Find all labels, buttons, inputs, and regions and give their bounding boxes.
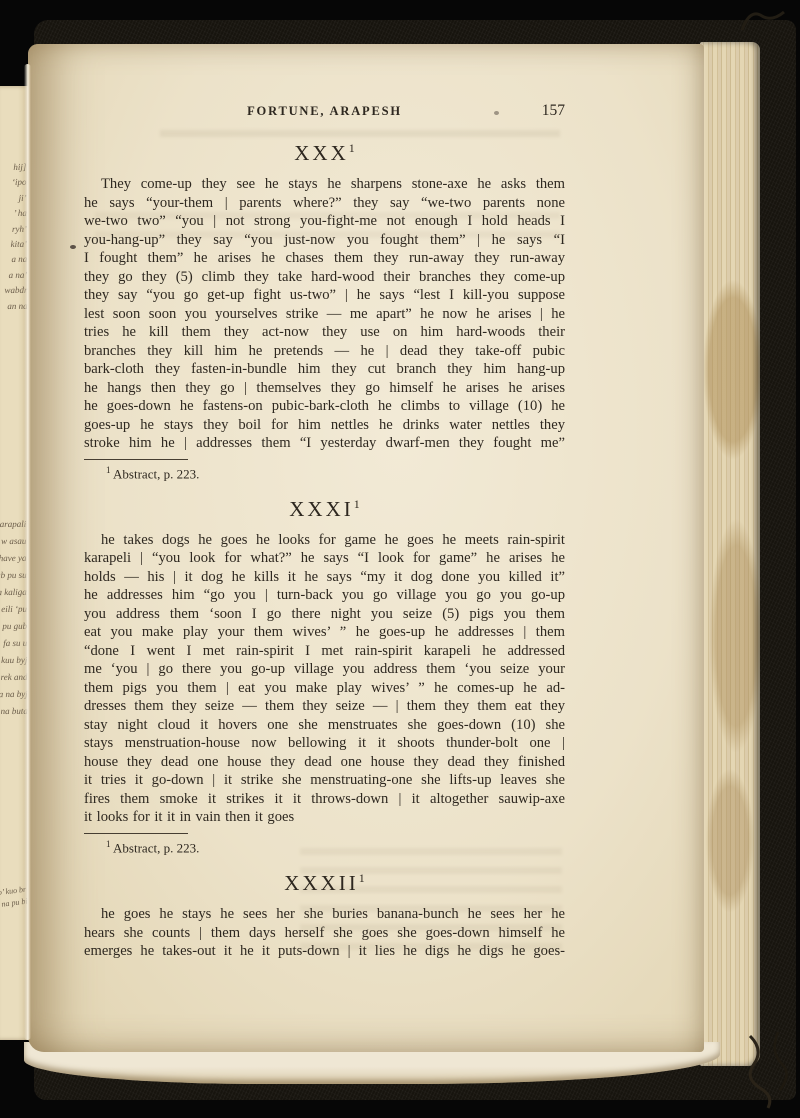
edge-text-fragment: have ya: [0, 550, 27, 567]
edge-text-fragment: ji’: [0, 191, 27, 207]
body-line: he takes dogs he goes he looks for game …: [84, 531, 565, 550]
body-line: you address them ‘soon I go there night …: [84, 605, 565, 624]
edge-text-fragment: eili ‘pu: [0, 601, 27, 618]
edge-text-fragment: karapali: [0, 516, 26, 533]
body-line: I fought them” he arises he chases them …: [84, 249, 565, 268]
body-line: stays menstruation-house now bellowing i…: [84, 734, 565, 753]
body-line: we-two two” “you | not strong you-fight-…: [84, 212, 565, 231]
body-line: he goes he stays he sees her she buries …: [84, 905, 565, 924]
body-line: emerges he takes-out it he it puts-down …: [84, 942, 565, 961]
body-line: he goes-down he fastens-on pubic-bark-cl…: [84, 397, 565, 416]
page-speck: [70, 245, 76, 249]
fore-edge-page-stack: [700, 42, 760, 1066]
binding-threads-bottom-right: [730, 1030, 800, 1110]
edge-text-fragment: a kaliga: [0, 584, 27, 601]
body-line: he says “your-them | parents where?” the…: [84, 194, 565, 213]
footnote-rule: [84, 459, 188, 460]
edge-text-fragment: ab pu su: [0, 567, 27, 584]
edge-text-fragment: w asau: [0, 533, 26, 550]
body-line: lest soon soon you yourselves strike — m…: [84, 305, 565, 324]
body-line: them pigs you them | eat you make play w…: [84, 679, 565, 698]
section-paragraph: They come-up they see he stays he sharpe…: [84, 175, 565, 453]
body-line: they say “you go get-up fight us-two” | …: [84, 286, 565, 305]
page-number: 157: [542, 102, 565, 120]
running-header: FORTUNE, ARAPESH: [84, 104, 565, 119]
edge-text-fragment: ’ ha: [0, 206, 27, 222]
text-column: FORTUNE, ARAPESH 157 XXX1They come-up th…: [84, 104, 565, 961]
body-line: me ‘you | go there you go-up village you…: [84, 660, 565, 679]
body-line: holds — his | it dog he kills it he says…: [84, 568, 565, 587]
body-line: it tries it go-down | it strike she mens…: [84, 771, 565, 790]
section-heading: XXXII1: [84, 871, 565, 896]
edge-text-fragment: hij]: [0, 160, 26, 176]
body-line: you-hang-up” they say “you just-now you …: [84, 231, 565, 250]
body-line: stroke him he | addresses them “I yester…: [84, 434, 565, 453]
cover-fray-top-right: [732, 0, 792, 46]
body-line: they go they (5) climb they take hard-wo…: [84, 268, 565, 287]
body-line: house they dead one house they dead one …: [84, 753, 565, 772]
body-line: he hangs then they go | themselves they …: [84, 379, 565, 398]
section-heading: XXXI1: [84, 497, 565, 522]
section-paragraph: he takes dogs he goes he looks for game …: [84, 531, 565, 827]
body-line: dresses them they seize — them they seiz…: [84, 697, 565, 716]
footnote: 1 Abstract, p. 223.: [84, 465, 565, 482]
body-line: hears she counts | them days herself she…: [84, 924, 565, 943]
body-line: “done I went I met rain-spirit I met rai…: [84, 642, 565, 661]
body-line: he addresses him “go you | turn-back you…: [84, 586, 565, 605]
body-line: They come-up they see he stays he sharpe…: [84, 175, 565, 194]
body-line: bark-cloth they fasten-in-bundle him the…: [84, 360, 565, 379]
body-line: goes-up he stays they boil for him nettl…: [84, 416, 565, 435]
body-line: eat you make play your them wives’ ” he …: [84, 623, 565, 642]
body-line: tries he kill them they act-now they use…: [84, 323, 565, 342]
body-line: stay night cloud it hovers one she menst…: [84, 716, 565, 735]
body-line: it looks for it it in vain then it goes: [84, 808, 565, 827]
page-curl-highlight: [24, 64, 31, 1040]
edge-text-fragment: ‘ipo: [0, 175, 27, 191]
footnote: 1 Abstract, p. 223.: [84, 839, 565, 856]
footnote-rule: [84, 833, 188, 834]
body-line: karapeli | “you look for what?” he says …: [84, 549, 565, 568]
body-line: fires them smoke it strikes it it throws…: [84, 790, 565, 809]
sections: XXX1They come-up they see he stays he sh…: [84, 141, 565, 961]
photo-of-book-page: hij]‘ipoji’’ haryh’kita’a naa na’wabdran…: [0, 0, 800, 1118]
section-heading: XXX1: [84, 141, 565, 166]
section-paragraph: he goes he stays he sees her she buries …: [84, 905, 565, 961]
running-header-row: FORTUNE, ARAPESH 157: [84, 104, 565, 126]
body-line: branches they kill him he pretends — he …: [84, 342, 565, 361]
edge-text-fragment: ryh’: [0, 221, 27, 237]
